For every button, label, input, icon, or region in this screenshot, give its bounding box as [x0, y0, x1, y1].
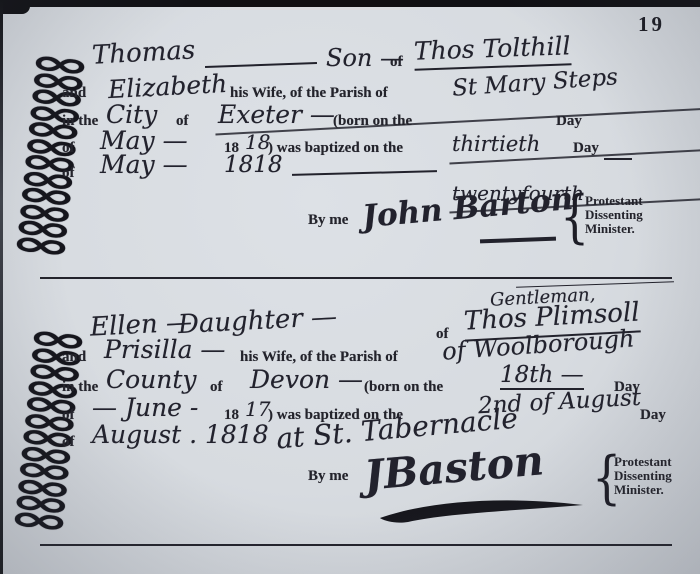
entry2-place-type: County [106, 365, 197, 394]
handwritten-dash [604, 158, 632, 160]
entry1-mother-name: Elizabeth [107, 69, 228, 104]
minister-credentials: Protestant Dissenting Minister. [614, 455, 672, 497]
printed-wife-parish: his Wife, of the Parish of [240, 349, 398, 366]
handwritten-dash [205, 62, 317, 68]
entry2-born-month: — June - [92, 393, 198, 422]
entry1-child-name: Thomas [91, 35, 196, 70]
entry1-father-name: Thos Tolthill [413, 31, 571, 70]
credential-line: Protestant [585, 194, 643, 208]
credential-line: Dissenting [614, 469, 672, 483]
entry1-place: Exeter — [218, 100, 700, 129]
printed-and: and [62, 85, 86, 102]
printed-of: of [62, 434, 75, 451]
signature-underline-flourish [480, 237, 556, 244]
entry2-born-day: 18th — [500, 362, 584, 390]
entry2-mother-name: Prisilla — [104, 335, 225, 364]
printed-born-on-the: (born on the [333, 113, 412, 130]
printed-by-me: By me [308, 212, 348, 229]
scan-edge-left [0, 0, 3, 574]
handwritten-dash [292, 170, 437, 176]
credential-line: Minister. [614, 483, 672, 497]
entry1-place-type: City [106, 100, 157, 129]
printed-of: of [210, 379, 223, 396]
scan-edge-top [0, 0, 700, 7]
credential-line: Protestant [614, 455, 672, 469]
baptism-register-page: 19 ∞ ∞ ∞ ∞ ∞ ∞ ∞ ∞ ∞ ∞ ∞ ∞ Thomas Son — … [0, 0, 700, 574]
printed-baptized-on: ) was baptized on the [268, 140, 403, 157]
scrollwork-ornament: ∞ ∞ ∞ ∞ ∞ ∞ ∞ ∞ ∞ ∞ ∞ ∞ [9, 53, 92, 256]
printed-day: Day [573, 140, 599, 157]
signature-flourish [376, 496, 588, 526]
entry2-place: Devon — [250, 365, 363, 394]
entry1-minister-signature: John Barton [361, 181, 575, 235]
printed-day: Day [556, 113, 582, 130]
printed-of: of [62, 140, 75, 157]
printed-of: of [62, 165, 75, 182]
minister-credentials: Protestant Dissenting Minister. [585, 194, 643, 236]
bottom-divider-rule [40, 544, 672, 546]
entry1-parish: St Mary Steps [451, 64, 618, 102]
printed-by-me: By me [308, 468, 348, 485]
entry2-baptized-month-year: August . 1818 [92, 420, 269, 449]
entry2-born-year-suffix: 17 [245, 397, 270, 421]
entry-divider-rule [40, 277, 672, 279]
credential-line: Minister. [585, 222, 643, 236]
entry1-baptized-month: May — [100, 150, 188, 179]
printed-and: and [62, 349, 86, 366]
printed-born-on-the: (born on the [364, 379, 443, 396]
printed-of: of [62, 407, 75, 424]
scan-edge-top-left [0, 0, 30, 14]
printed-day: Day [640, 407, 666, 424]
entry2-minister-signature: JBaston [362, 436, 545, 499]
printed-of: of [390, 54, 403, 71]
entry1-born-year-suffix: 18 [245, 130, 270, 154]
page-number: 19 [638, 12, 665, 37]
printed-in-the: in the [62, 113, 98, 130]
credential-line: Dissenting [585, 208, 643, 222]
entry1-baptized-year: 1818 [224, 152, 283, 178]
